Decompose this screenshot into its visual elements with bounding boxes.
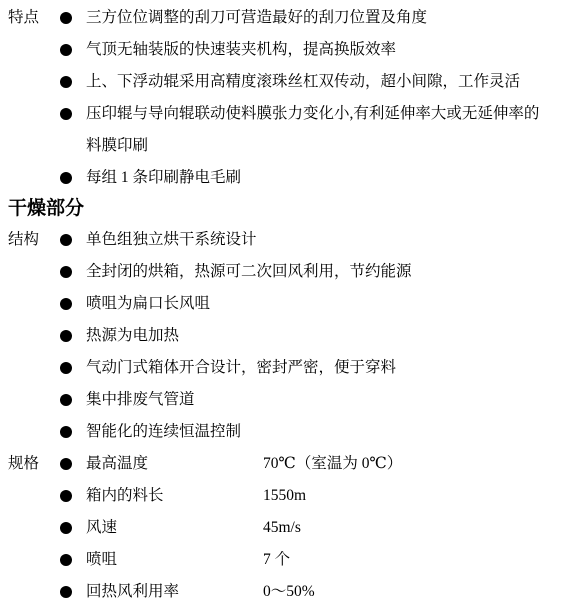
spec-value: 1550m xyxy=(263,480,573,512)
feature-text: 三方位位调整的刮刀可营造最好的刮刀位置及角度 xyxy=(86,2,573,34)
bullet-col xyxy=(60,416,86,438)
specs-section-label: 规格 xyxy=(0,448,60,480)
spec-document: 特点 三方位位调整的刮刀可营造最好的刮刀位置及角度 气顶无轴装版的快速装夹机构，… xyxy=(0,0,573,608)
bullet-col xyxy=(60,480,86,502)
bullet-col xyxy=(60,512,86,534)
spec-name: 箱内的料长 xyxy=(86,480,263,512)
structure-text: 气动门式箱体开合设计，密封严密，便于穿料 xyxy=(86,352,573,384)
feature-item: 压印辊与导向辊联动使料膜张力变化小,有利延伸率大或无延伸率的 料膜印刷 xyxy=(0,98,573,162)
bullet-col xyxy=(60,224,86,246)
spec-row: 回热风利用率 0～50% xyxy=(0,576,573,608)
structure-text: 热源为电加热 xyxy=(86,320,573,352)
structure-text: 集中排废气管道 xyxy=(86,384,573,416)
bullet-col xyxy=(60,576,86,598)
spec-value: 0～50% xyxy=(263,576,573,608)
bullet-icon xyxy=(60,586,72,598)
bullet-col xyxy=(60,448,86,470)
bullet-icon xyxy=(60,554,72,566)
bullet-icon xyxy=(60,172,72,184)
spec-name: 回热风利用率 xyxy=(86,576,263,608)
bullet-col xyxy=(60,256,86,278)
spec-value: 70℃（室温为 0℃） xyxy=(263,448,573,480)
structure-text: 智能化的连续恒温控制 xyxy=(86,416,573,448)
spec-row: 喷咀 7 个 xyxy=(0,544,573,576)
spec-row: 规格 最高温度 70℃（室温为 0℃） xyxy=(0,448,573,480)
bullet-col xyxy=(60,2,86,24)
spec-row: 箱内的料长 1550m xyxy=(0,480,573,512)
bullet-col xyxy=(60,288,86,310)
bullet-icon xyxy=(60,266,72,278)
bullet-col xyxy=(60,384,86,406)
spec-name: 最高温度 xyxy=(86,448,263,480)
feature-text: 上、下浮动辊采用高精度滚珠丝杠双传动，超小间隙，工作灵活 xyxy=(86,66,573,98)
feature-item: 气顶无轴装版的快速装夹机构，提高换版效率 xyxy=(0,34,573,66)
spec-name: 喷咀 xyxy=(86,544,263,576)
spec-value: 7 个 xyxy=(263,544,573,576)
bullet-col xyxy=(60,352,86,374)
bullet-icon xyxy=(60,108,72,120)
features-section-label: 特点 xyxy=(0,2,60,34)
bullet-icon xyxy=(60,490,72,502)
spec-row: 风速 45m/s xyxy=(0,512,573,544)
spec-value: 45m/s xyxy=(263,512,573,544)
structure-section-label: 结构 xyxy=(0,224,60,256)
feature-text: 每组 1 条印刷静电毛刷 xyxy=(86,162,573,194)
bullet-col xyxy=(60,34,86,56)
feature-item: 上、下浮动辊采用高精度滚珠丝杠双传动，超小间隙，工作灵活 xyxy=(0,66,573,98)
bullet-col xyxy=(60,162,86,184)
bullet-col xyxy=(60,320,86,342)
bullet-icon xyxy=(60,76,72,88)
structure-item: 全封闭的烘箱，热源可二次回风利用，节约能源 xyxy=(0,256,573,288)
feature-text: 气顶无轴装版的快速装夹机构，提高换版效率 xyxy=(86,34,573,66)
bullet-icon xyxy=(60,12,72,24)
feature-text: 压印辊与导向辊联动使料膜张力变化小,有利延伸率大或无延伸率的 料膜印刷 xyxy=(86,98,573,162)
bullet-icon xyxy=(60,234,72,246)
structure-text: 喷咀为扁口长风咀 xyxy=(86,288,573,320)
feature-item: 特点 三方位位调整的刮刀可营造最好的刮刀位置及角度 xyxy=(0,2,573,34)
structure-text: 全封闭的烘箱，热源可二次回风利用，节约能源 xyxy=(86,256,573,288)
bullet-col xyxy=(60,98,86,120)
bullet-icon xyxy=(60,44,72,56)
bullet-icon xyxy=(60,522,72,534)
bullet-icon xyxy=(60,298,72,310)
bullet-icon xyxy=(60,330,72,342)
drying-section-heading: 干燥部分 xyxy=(0,194,573,224)
bullet-col xyxy=(60,66,86,88)
structure-item: 结构 单色组独立烘干系统设计 xyxy=(0,224,573,256)
bullet-icon xyxy=(60,426,72,438)
structure-item: 热源为电加热 xyxy=(0,320,573,352)
bullet-icon xyxy=(60,362,72,374)
bullet-icon xyxy=(60,458,72,470)
feature-item: 每组 1 条印刷静电毛刷 xyxy=(0,162,573,194)
structure-item: 集中排废气管道 xyxy=(0,384,573,416)
bullet-icon xyxy=(60,394,72,406)
bullet-col xyxy=(60,544,86,566)
structure-text: 单色组独立烘干系统设计 xyxy=(86,224,573,256)
structure-item: 智能化的连续恒温控制 xyxy=(0,416,573,448)
structure-item: 气动门式箱体开合设计，密封严密，便于穿料 xyxy=(0,352,573,384)
spec-name: 风速 xyxy=(86,512,263,544)
structure-item: 喷咀为扁口长风咀 xyxy=(0,288,573,320)
